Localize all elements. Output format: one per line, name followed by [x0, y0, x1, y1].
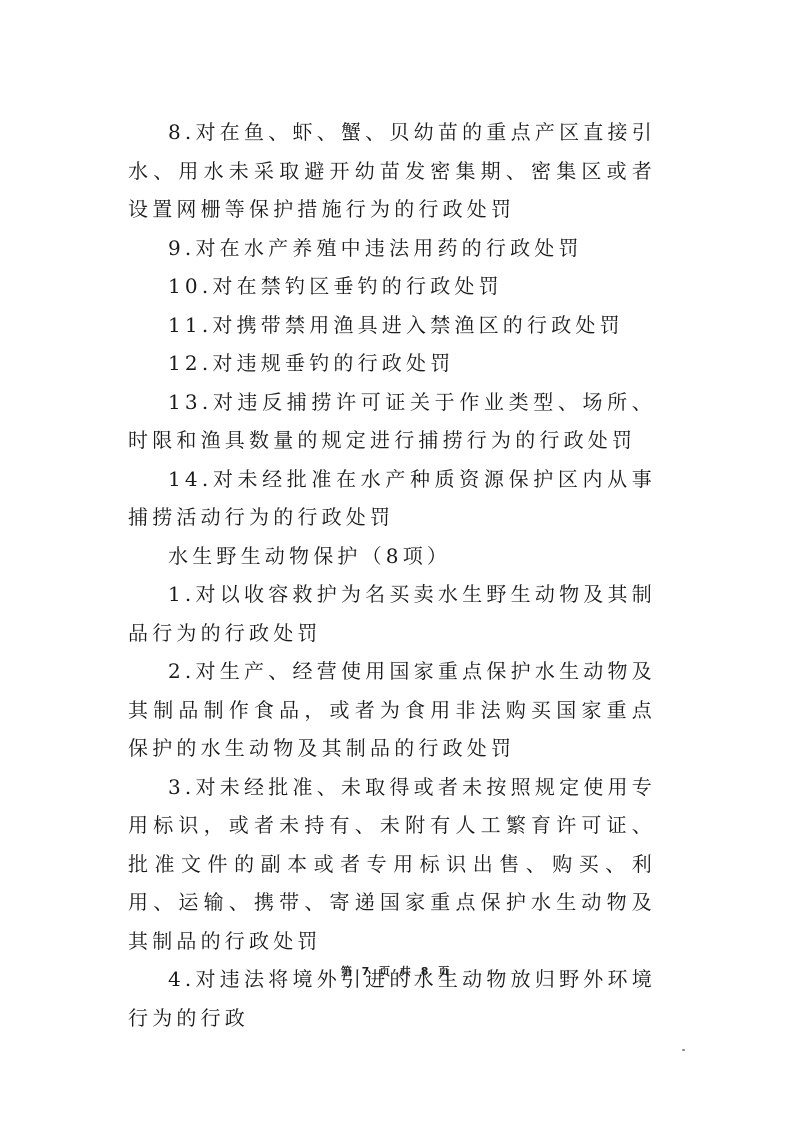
- section-heading-wildlife: 水生野生动物保护（8项）: [128, 537, 656, 576]
- paragraph-item-8: 8.对在鱼、虾、蟹、贝幼苗的重点产区直接引水、用水未采取避开幼苗发密集期、密集区…: [128, 113, 656, 229]
- paragraph-item-10: 10.对在禁钓区垂钓的行政处罚: [128, 267, 656, 306]
- paragraph-wildlife-3: 3.对未经批准、未取得或者未按照规定使用专用标识，或者未持有、未附有人工繁育许可…: [128, 768, 656, 961]
- paragraph-item-11: 11.对携带禁用渔具进入禁渔区的行政处罚: [128, 306, 656, 345]
- paragraph-item-13: 13.对违反捕捞许可证关于作业类型、场所、时限和渔具数量的规定进行捕捞行为的行政…: [128, 383, 656, 460]
- scan-speck: [682, 1049, 685, 1051]
- document-page: 8.对在鱼、虾、蟹、贝幼苗的重点产区直接引水、用水未采取避开幼苗发密集期、密集区…: [0, 0, 793, 1122]
- paragraph-wildlife-1: 1.对以收容救护为名买卖水生野生动物及其制品行为的行政处罚: [128, 575, 656, 652]
- page-number-footer: 第 7 页 共 8 页: [0, 963, 793, 979]
- paragraph-wildlife-2: 2.对生产、经营使用国家重点保护水生动物及其制品制作食品，或者为食用非法购买国家…: [128, 652, 656, 768]
- document-body: 8.对在鱼、虾、蟹、贝幼苗的重点产区直接引水、用水未采取避开幼苗发密集期、密集区…: [128, 113, 656, 1037]
- paragraph-item-14: 14.对未经批准在水产种质资源保护区内从事捕捞活动行为的行政处罚: [128, 460, 656, 537]
- paragraph-item-12: 12.对违规垂钓的行政处罚: [128, 344, 656, 383]
- paragraph-item-9: 9.对在水产养殖中违法用药的行政处罚: [128, 229, 656, 268]
